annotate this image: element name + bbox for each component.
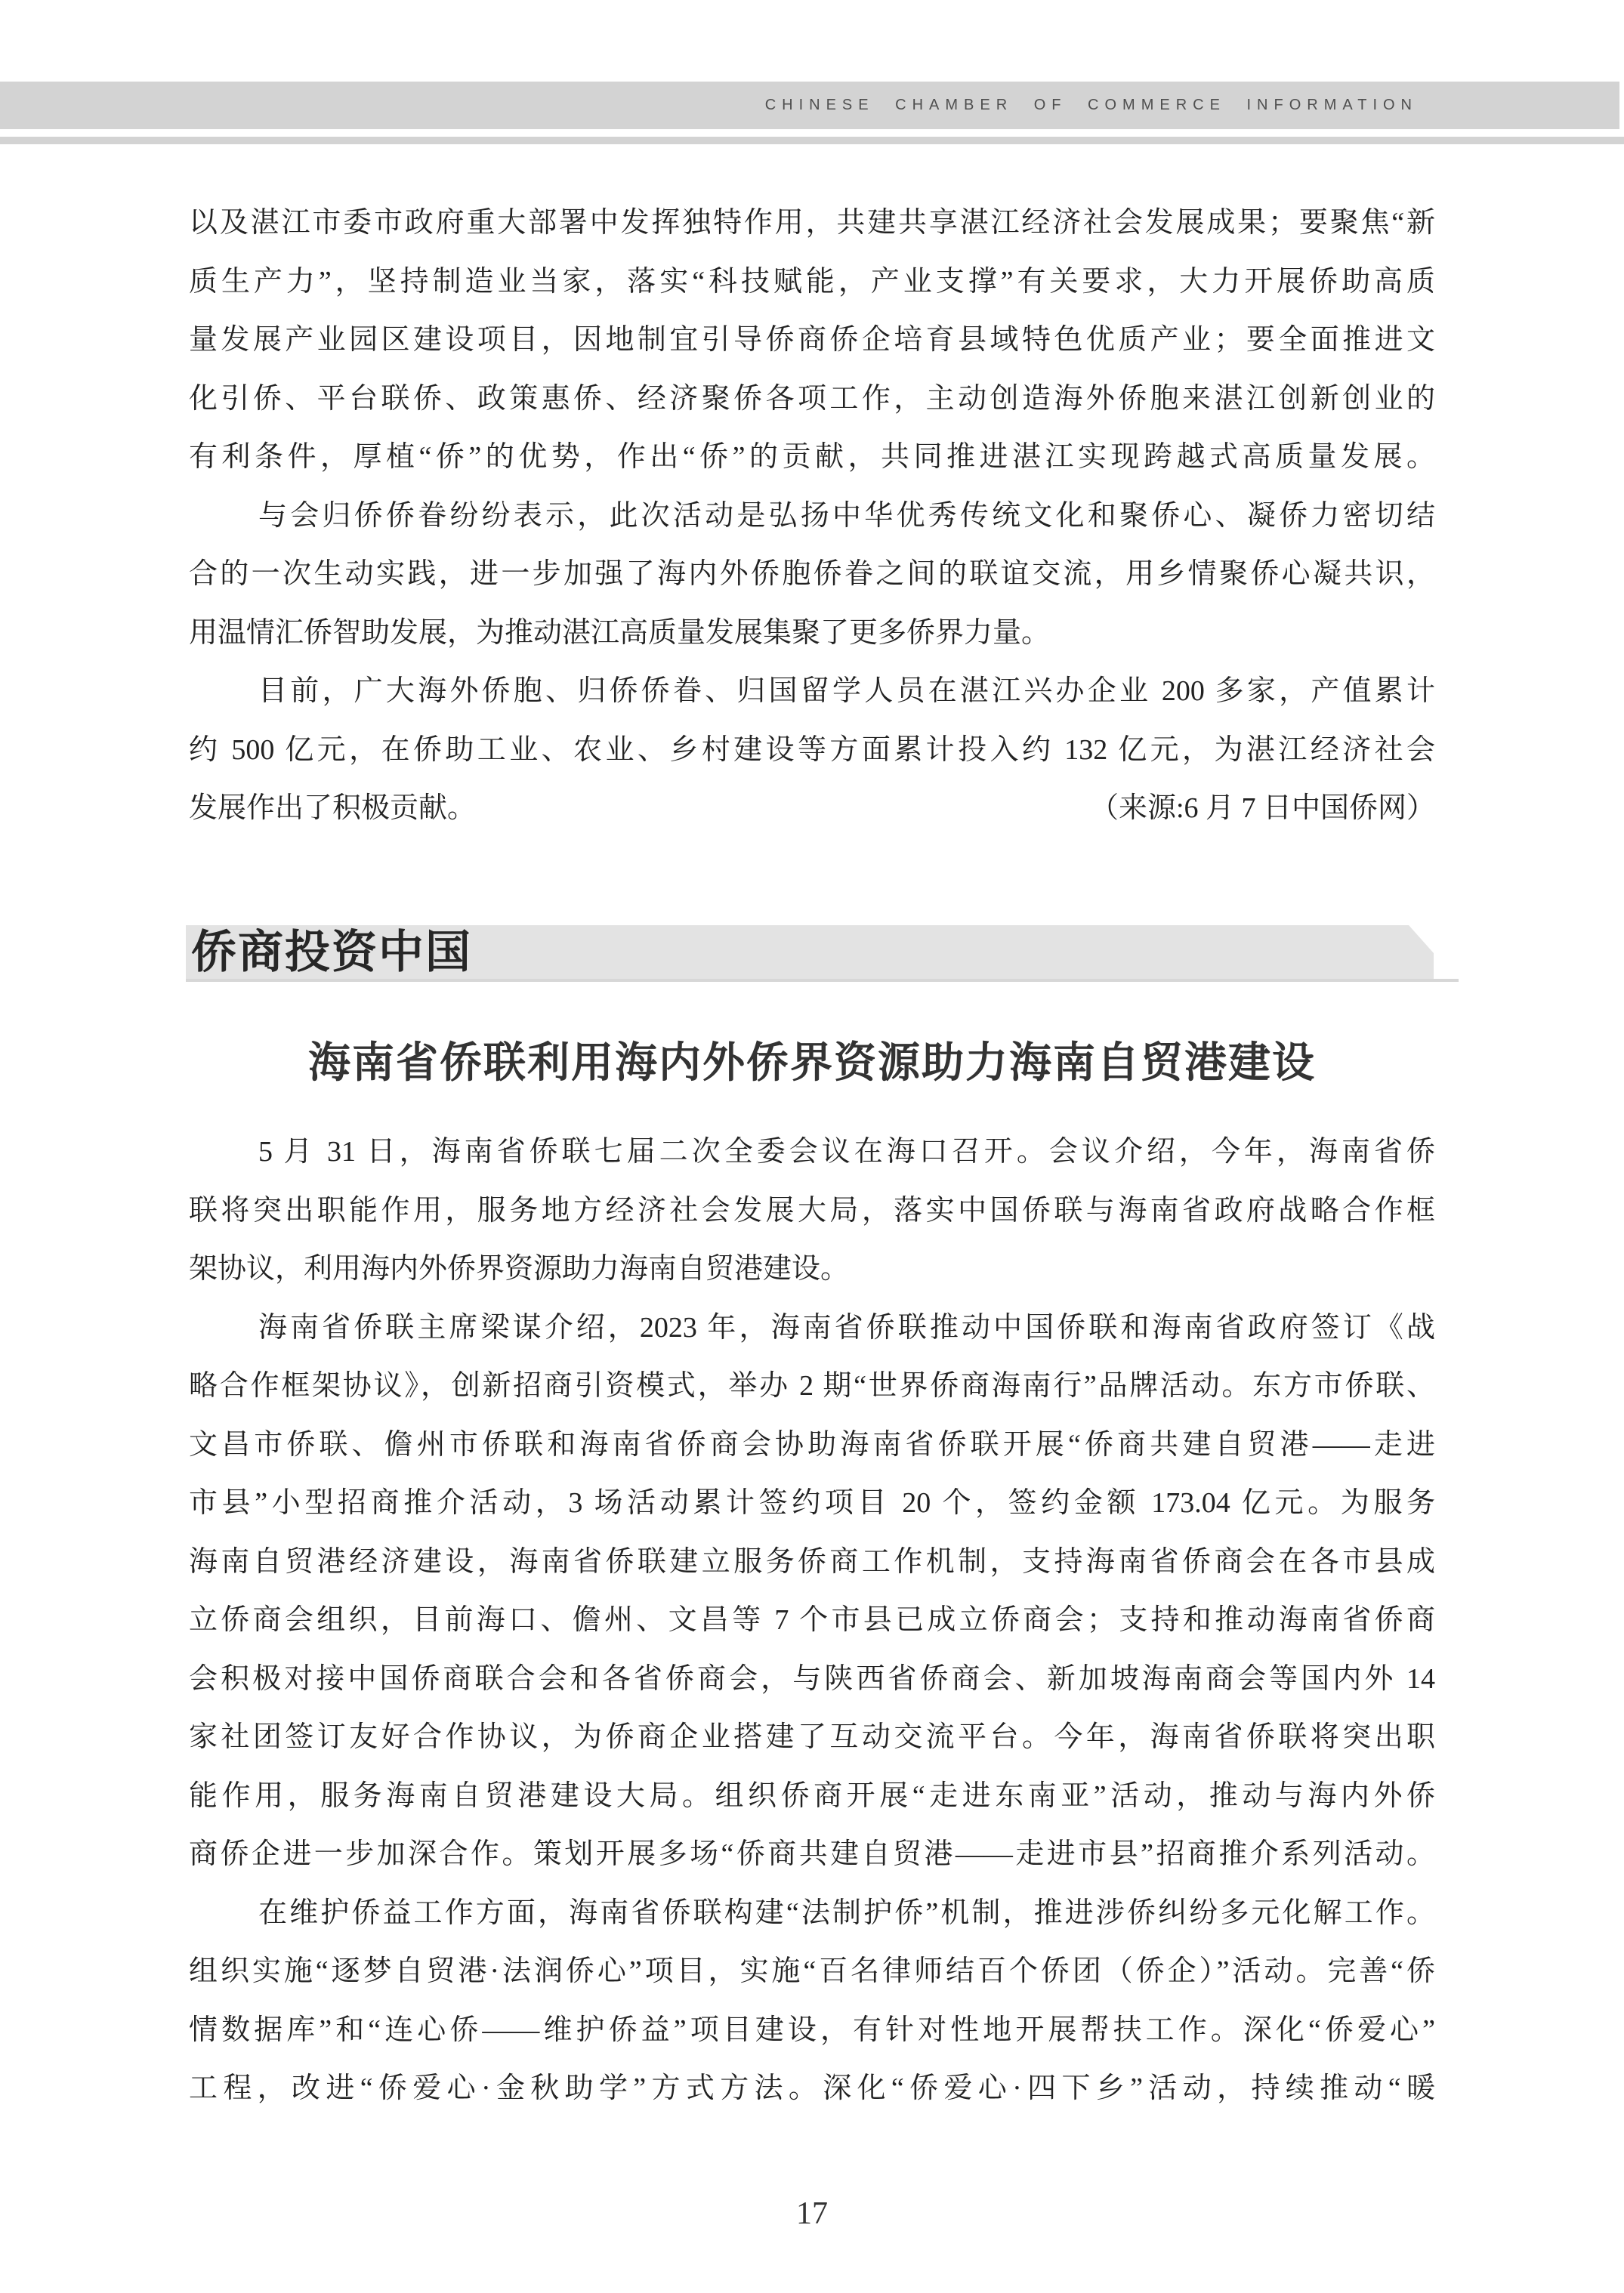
- text-line: 略合作框架协议》，创新招商引资模式，举办 2 期“世界侨商海南行”品牌活动。东方…: [189, 1357, 1435, 1416]
- article-1: 以及湛江市委市政府重大部署中发挥独特作用，共建共享湛江经济社会发展成果；要聚焦“…: [189, 194, 1435, 838]
- text-line: 架协议，利用海内外侨界资源助力海南自贸港建设。: [189, 1240, 1435, 1299]
- text-line: 合的一次生动实践，进一步加强了海内外侨胞侨眷之间的联谊交流，用乡情聚侨心凝共识，: [189, 545, 1435, 604]
- masthead-rule: [0, 137, 1624, 144]
- text-line-left: 发展作出了积极贡献。: [189, 779, 476, 838]
- document-page: CHINESE CHAMBER OF COMMERCE INFORMATION …: [0, 0, 1624, 2293]
- paragraph: 5 月 31 日，海南省侨联七届二次全委会议在海口召开。会议介绍，今年，海南省侨…: [189, 1123, 1435, 1299]
- text-line: 约 500 亿元，在侨助工业、农业、乡村建设等方面累计投入约 132 亿元，为湛…: [189, 721, 1435, 780]
- text-line: 市县”小型招商推介活动，3 场活动累计签约项目 20 个，签约金额 173.04…: [189, 1474, 1435, 1533]
- banner-underline: [186, 979, 1459, 982]
- text-line: 5 月 31 日，海南省侨联七届二次全委会议在海口召开。会议介绍，今年，海南省侨: [189, 1123, 1435, 1182]
- source-note: （来源:6 月 7 日中国侨网）: [1090, 779, 1435, 838]
- masthead-text: CHINESE CHAMBER OF COMMERCE INFORMATION: [765, 82, 1619, 129]
- paragraph: 目前，广大海外侨胞、归侨侨眷、归国留学人员在湛江兴办企业 200 多家，产值累计…: [189, 662, 1435, 838]
- text-line: 以及湛江市委市政府重大部署中发挥独特作用，共建共享湛江经济社会发展成果；要聚焦“…: [189, 194, 1435, 253]
- article-2: 5 月 31 日，海南省侨联七届二次全委会议在海口召开。会议介绍，今年，海南省侨…: [189, 1123, 1435, 2119]
- text-line: 能作用，服务海南自贸港建设大局。组织侨商开展“走进东南亚”活动，推动与海内外侨: [189, 1767, 1435, 1826]
- page-number: 17: [0, 2195, 1624, 2233]
- text-line: 在维护侨益工作方面，海南省侨联构建“法制护侨”机制，推进涉侨纠纷多元化解工作。: [189, 1884, 1435, 1943]
- text-line: 有利条件，厚植“侨”的优势，作出“侨”的贡献，共同推进湛江实现跨越式高质量发展。: [189, 428, 1435, 487]
- text-line: 会积极对接中国侨商联合会和各省侨商会，与陕西省侨商会、新加坡海南商会等国内外 1…: [189, 1650, 1435, 1709]
- paragraph: 在维护侨益工作方面，海南省侨联构建“法制护侨”机制，推进涉侨纠纷多元化解工作。组…: [189, 1884, 1435, 2119]
- text-line: 量发展产业园区建设项目，因地制宜引导侨商侨企培育县域特色优质产业；要全面推进文: [189, 311, 1435, 370]
- section-banner-title: 侨商投资中国: [186, 927, 472, 977]
- text-line: 情数据库”和“连心侨——维护侨益”项目建设，有针对性地开展帮扶工作。深化“侨爱心…: [189, 2001, 1435, 2060]
- text-line: 与会归侨侨眷纷纷表示，此次活动是弘扬中华优秀传统文化和聚侨心、凝侨力密切结: [189, 487, 1435, 546]
- article-title: 海南省侨联利用海内外侨界资源助力海南自贸港建设: [189, 1036, 1435, 1089]
- text-line: 目前，广大海外侨胞、归侨侨眷、归国留学人员在湛江兴办企业 200 多家，产值累计: [189, 662, 1435, 721]
- text-line: 商侨企进一步加深合作。策划开展多场“侨商共建自贸港——走进市县”招商推介系列活动…: [189, 1825, 1435, 1884]
- text-line: 海南自贸港经济建设，海南省侨联建立服务侨商工作机制，支持海南省侨商会在各市县成: [189, 1533, 1435, 1592]
- text-line: 立侨商会组织，目前海口、儋州、文昌等 7 个市县已成立侨商会；支持和推动海南省侨…: [189, 1591, 1435, 1650]
- text-line: 家社团签订友好合作协议，为侨商企业搭建了互动交流平台。今年，海南省侨联将突出职: [189, 1708, 1435, 1767]
- text-line: 质生产力”，坚持制造业当家，落实“科技赋能，产业支撑”有关要求，大力开展侨助高质: [189, 253, 1435, 312]
- text-line: 用温情汇侨智助发展，为推动湛江高质量发展集聚了更多侨界力量。: [189, 604, 1435, 663]
- text-line: 海南省侨联主席梁谋介绍，2023 年，海南省侨联推动中国侨联和海南省政府签订《战: [189, 1299, 1435, 1358]
- text-line: 组织实施“逐梦自贸港·法润侨心”项目，实施“百名律师结百个侨团（侨企）”活动。完…: [189, 1943, 1435, 2001]
- paragraph: 与会归侨侨眷纷纷表示，此次活动是弘扬中华优秀传统文化和聚侨心、凝侨力密切结合的一…: [189, 487, 1435, 663]
- text-line: 发展作出了积极贡献。（来源:6 月 7 日中国侨网）: [189, 779, 1435, 838]
- section-banner: 侨商投资中国: [186, 925, 1434, 980]
- text-line: 联将突出职能作用，服务地方经济社会发展大局，落实中国侨联与海南省政府战略合作框: [189, 1182, 1435, 1241]
- text-line: 文昌市侨联、儋州市侨联和海南省侨商会协助海南省侨联开展“侨商共建自贸港——走进: [189, 1416, 1435, 1475]
- text-line: 化引侨、平台联侨、政策惠侨、经济聚侨各项工作，主动创造海外侨胞来湛江创新创业的: [189, 370, 1435, 429]
- paragraph: 以及湛江市委市政府重大部署中发挥独特作用，共建共享湛江经济社会发展成果；要聚焦“…: [189, 194, 1435, 487]
- text-line: 工程，改进“侨爱心·金秋助学”方式方法。深化“侨爱心·四下乡”活动，持续推动“暖: [189, 2060, 1435, 2119]
- paragraph: 海南省侨联主席梁谋介绍，2023 年，海南省侨联推动中国侨联和海南省政府签订《战…: [189, 1299, 1435, 1884]
- masthead-bar: CHINESE CHAMBER OF COMMERCE INFORMATION: [0, 82, 1619, 129]
